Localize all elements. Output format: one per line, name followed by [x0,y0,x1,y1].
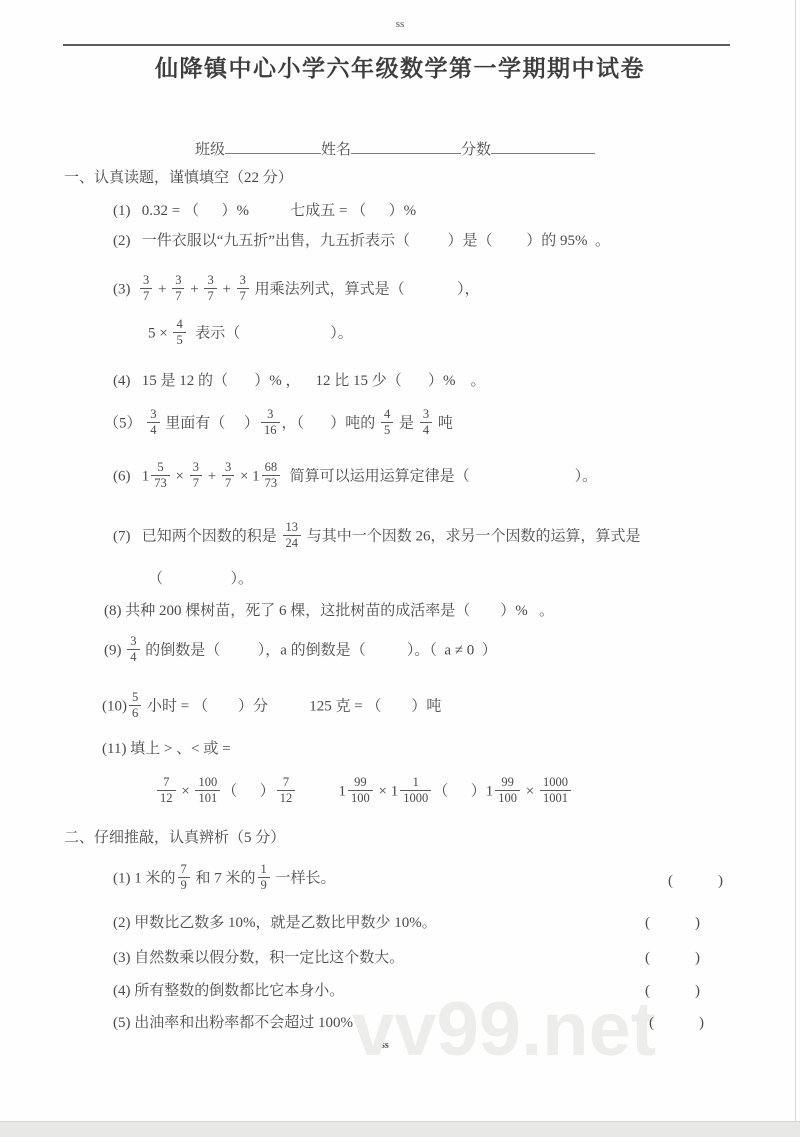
text-run: + [219,281,235,297]
fraction-denominator: 9 [258,877,270,892]
text-run: 小时 = （ ）分 125 克 = （ ）吨 [143,698,441,714]
text-run: (8) 共种 200 棵树苗，死了 6 棵，这批树苗的成活率是（ ）% 。 [104,603,554,619]
fraction-numerator: 3 [190,461,202,475]
fraction-numerator: 7 [178,863,190,877]
fraction-numerator: 7 [280,776,292,790]
text-run: 表示（ ）。 [188,325,353,341]
fraction: 37 [172,274,184,302]
s1-q4: (4) 15 是 12 的（ ）% ， 12 比 15 少（ ）% 。 [113,372,485,391]
fill-in-blank [225,138,321,154]
s2-q4-answer-parens: ( ) [645,982,700,1001]
mixed-number-whole: 1 [486,783,494,799]
text-run: 班级 [195,142,225,158]
mixed-number-whole: 1 [252,468,260,484]
fraction-numerator: 4 [173,318,185,332]
text-run: (4) 15 是 12 的（ ）% ， 12 比 15 少（ ）% 。 [113,373,485,389]
text-run: (6) [113,468,142,484]
text-run: 的倒数是（ ），a 的倒数是（ ）。（ a ≠ 0 ） [142,642,497,658]
info-row: 班级姓名分数 [195,138,595,160]
text-run: 姓名 [321,142,351,158]
s2-q4: (4) 所有整数的倒数都比它本身小。 [113,982,344,1001]
s1-q7: (7) 已知两个因数的积是 1324 与其中一个因数 26，求另一个因数的运算，… [113,523,641,551]
text-run: (7) 已知两个因数的积是 [113,528,281,544]
watermark: vv99.net [352,992,656,1068]
fraction-numerator: 99 [498,776,517,790]
fraction-numerator: 3 [237,274,249,288]
page-bottom-edge [0,1121,800,1137]
text-run: 和 7 米的 [192,870,256,886]
mixed-number-whole: 1 [391,783,399,799]
text-run: × [236,468,252,484]
text-run: （5） [104,415,145,431]
fraction-denominator: 4 [420,422,432,437]
fraction: 34 [147,408,159,436]
fraction-denominator: 100 [348,790,373,805]
fraction-numerator: 68 [262,461,281,475]
text-run: 一样长。 [272,870,336,886]
fraction-numerator: 13 [283,521,302,535]
text-run: × [178,783,194,799]
fraction: 56 [129,691,141,719]
fraction: 34 [127,635,139,663]
text-run: 简算可以运用运算定律是（ ）。 [282,468,597,484]
s2-q5-answer-parens: ( ) [649,1014,704,1033]
text-run: (5) 出油率和出粉率都不会超过 100% [113,1015,353,1031]
fraction-denominator: 5 [173,332,185,347]
fraction-denominator: 5 [381,422,393,437]
fraction-numerator: 3 [204,274,216,288]
fraction-denominator: 7 [222,475,234,490]
s1-q7-continued: （ ）。 [148,570,253,589]
text-run: (2) 一件衣服以“九五折”出售，九五折表示（ ）是（ ）的 95% 。 [113,233,610,249]
text-run: （ ） [433,783,486,799]
fraction: 37 [190,461,202,489]
fraction-numerator: 99 [351,776,370,790]
s1-q10: (10)56 小时 = （ ）分 125 克 = （ ）吨 [102,693,441,721]
s1-q11-comparisons: 712 × 100101（ ）712 199100 × 111000（ ）199… [155,778,573,806]
fraction-denominator: 7 [237,288,249,303]
fraction-numerator: 3 [172,274,184,288]
fraction: 316 [261,408,280,436]
fraction-denominator: 101 [195,790,220,805]
s1-q3-expression: (3) 37 + 37 + 37 + 37 用乘法列式，算式是（ ）， [113,276,480,304]
fraction-numerator: 5 [129,691,141,705]
fraction: 34 [420,408,432,436]
fraction-denominator: 6 [129,705,141,720]
text-run: + [186,281,202,297]
fraction-numerator: 100 [195,776,220,790]
exam-paper-page: vv99.net ss 仙降镇中心小学六年级数学第一学期期中试卷 班级姓名分数 … [0,0,800,1137]
text-run: ，（ ）吨的 [282,415,380,431]
fraction: 712 [157,776,176,804]
fraction-denominator: 7 [140,288,152,303]
fraction-numerator: 3 [140,274,152,288]
section2-heading: 二、仔细推敲，认真辨析（5 分） [64,829,285,848]
fraction-denominator: 4 [147,422,159,437]
fraction: 1324 [283,521,302,549]
mixed-number-whole: 1 [142,468,150,484]
s2-q2: (2) 甲数比乙数多 10%，就是乙数比甲数少 10%。 [113,914,437,933]
fraction: 6873 [262,461,281,489]
s2-q2-answer-parens: ( ) [645,914,700,933]
text-run: 与其中一个因数 26，求另一个因数的运算，算式是 [303,528,641,544]
fraction: 45 [381,408,393,436]
s1-q6: (6) 1573 × 37 + 37 × 16873 简算可以运用运算定律是（ … [113,463,597,491]
fraction: 37 [140,274,152,302]
fraction: 37 [237,274,249,302]
s2-q1-answer-parens: ( ) [668,872,723,891]
s1-q2: (2) 一件衣服以“九五折”出售，九五折表示（ ）是（ ）的 95% 。 [113,232,610,251]
text-run: (4) 所有整数的倒数都比它本身小。 [113,983,344,999]
text-run: (10) [102,698,127,714]
section1-heading: 一、认真读题，谨慎填空（22 分） [64,169,293,188]
text-run [297,783,338,799]
s1-q9: (9) 34 的倒数是（ ），a 的倒数是（ ）。（ a ≠ 0 ） [104,637,497,665]
fraction-numerator: 3 [420,408,432,422]
fraction-denominator: 7 [190,475,202,490]
s2-q1: (1) 1 米的79 和 7 米的19 一样长。 [113,865,336,893]
s1-q8: (8) 共种 200 棵树苗，死了 6 棵，这批树苗的成活率是（ ）% 。 [104,602,554,621]
s1-q5: （5） 34 里面有（ ）316，（ ）吨的 45 是 34 吨 [104,410,453,438]
fraction-numerator: 3 [147,408,159,422]
fraction: 10001001 [540,776,571,804]
fraction: 99100 [348,776,373,804]
fraction-denominator: 1000 [400,790,431,805]
fill-in-blank [351,138,461,154]
s1-q3-continued: 5 × 45 表示（ ）。 [148,320,353,348]
page-title: 仙降镇中心小学六年级数学第一学期期中试卷 [0,50,800,83]
s1-q1: (1) 0.32 = （ ）% 七成五 = （ ）% [113,202,416,221]
fraction: 11000 [400,776,431,804]
fraction-numerator: 1 [410,776,422,790]
text-run: (1) 0.32 = （ ）% 七成五 = （ ）% [113,203,416,219]
fraction-denominator: 12 [157,790,176,805]
text-run: × [172,468,188,484]
mixed-number-whole: 1 [338,783,346,799]
fraction: 45 [173,318,185,346]
text-run: 吨 [434,415,453,431]
text-run: 5 × [148,325,171,341]
header-rule [63,44,730,46]
fraction-denominator: 16 [261,422,280,437]
s2-q3: (3) 自然数乘以假分数，积一定比这个数大。 [113,949,404,968]
fraction-numerator: 5 [154,461,166,475]
text-run: 里面有（ ） [162,415,260,431]
fraction-numerator: 3 [222,461,234,475]
fraction-denominator: 73 [262,475,281,490]
text-run: (3) 自然数乘以假分数，积一定比这个数大。 [113,950,404,966]
corner-mark: ss [0,18,800,30]
fraction-denominator: 12 [277,790,296,805]
fraction: 79 [178,863,190,891]
text-run: 分数 [461,142,491,158]
fraction-numerator: 7 [160,776,172,790]
s1-q11: (11) 填上 > 、< 或 = [102,740,231,759]
s2-q5: (5) 出油率和出粉率都不会超过 100% [113,1014,353,1033]
fill-in-blank [491,138,595,154]
fraction: 19 [258,863,270,891]
fraction-denominator: 4 [127,649,139,664]
text-run: × [522,783,538,799]
text-run: (1) 1 米的 [113,870,176,886]
text-run: 是 [395,415,418,431]
fraction: 573 [151,461,170,489]
text-run: （ ） [222,783,275,799]
fraction: 712 [277,776,296,804]
text-run: + [154,281,170,297]
fraction-denominator: 9 [178,877,190,892]
fraction: 37 [204,274,216,302]
fraction-numerator: 3 [127,635,139,649]
text-run: (11) 填上 > 、< 或 = [102,741,231,757]
fraction-numerator: 1000 [540,776,571,790]
text-run: × [375,783,391,799]
fraction: 100101 [195,776,220,804]
fraction-denominator: 100 [495,790,520,805]
fraction-denominator: 73 [151,475,170,490]
fraction: 99100 [495,776,520,804]
fraction-numerator: 3 [264,408,276,422]
s2-q3-answer-parens: ( ) [645,949,700,968]
fraction-numerator: 4 [381,408,393,422]
page-right-border [795,0,796,1121]
fraction-numerator: 1 [258,863,270,877]
fraction-denominator: 1001 [540,790,571,805]
fraction-denominator: 24 [283,535,302,550]
text-run: (9) [104,642,125,658]
text-run: (3) [113,281,138,297]
text-run: (2) 甲数比乙数多 10%，就是乙数比甲数少 10%。 [113,915,437,931]
fraction-denominator: 7 [172,288,184,303]
fraction-denominator: 7 [204,288,216,303]
text-run: 用乘法列式，算式是（ ）， [251,281,480,297]
fraction: 37 [222,461,234,489]
text-run: （ ）。 [148,571,253,587]
text-run: + [204,468,220,484]
